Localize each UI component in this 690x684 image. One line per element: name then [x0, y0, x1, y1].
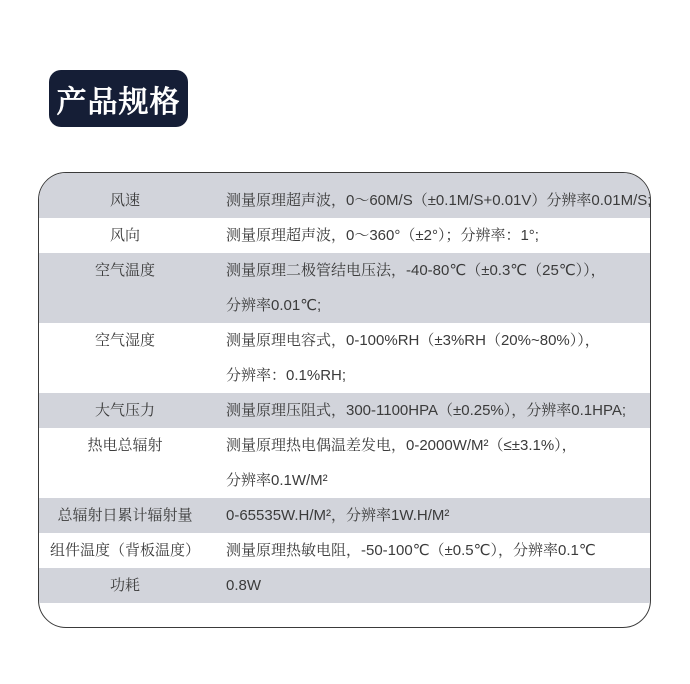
page-title-badge: 产品规格	[49, 70, 188, 127]
spec-label: 总辐射日累计辐射量	[39, 498, 211, 533]
spec-value: 测量原理压阻式，300-1100HPA（±0.25%），分辨率0.1HPA;	[211, 393, 650, 428]
spec-label: 大气压力	[39, 393, 211, 428]
spec-row-air-humidity: 空气湿度 测量原理电容式，0-100%RH（±3%RH（20%~80%））， 分…	[39, 323, 650, 393]
spec-row-power-consumption: 功耗 0.8W	[39, 568, 650, 603]
spec-label: 功耗	[39, 568, 211, 603]
spec-value: 测量原理热敏电阻，-50-100℃（±0.5℃），分辨率0.1℃	[211, 533, 650, 568]
spec-row-air-temperature: 空气温度 测量原理二极管结电压法，-40-80℃（±0.3℃（25℃））， 分辨…	[39, 253, 650, 323]
spec-value: 测量原理超声波，0～60M/S（±0.1M/S+0.01V）分辨率0.01M/S…	[211, 183, 651, 218]
page-title: 产品规格	[57, 77, 181, 121]
spec-label: 风速	[39, 183, 211, 218]
spec-value: 0-65535W.H/M²，分辨率1W.H/M²	[211, 498, 650, 533]
spec-row-thermoelectric-total-radiation: 热电总辐射 测量原理热电偶温差发电，0-2000W/M²（≤±3.1%）， 分辨…	[39, 428, 650, 498]
spec-label: 空气湿度	[39, 323, 211, 358]
spec-table: 风速 测量原理超声波，0～60M/S（±0.1M/S+0.01V）分辨率0.01…	[38, 172, 651, 628]
spec-row-wind-speed: 风速 测量原理超声波，0～60M/S（±0.1M/S+0.01V）分辨率0.01…	[39, 173, 650, 218]
spec-row-daily-cumulative-radiation: 总辐射日累计辐射量 0-65535W.H/M²，分辨率1W.H/M²	[39, 498, 650, 533]
spec-row-wind-direction: 风向 测量原理超声波，0～360°（±2°）；分辨率：1°;	[39, 218, 650, 253]
spec-value: 测量原理电容式，0-100%RH（±3%RH（20%~80%））， 分辨率：0.…	[211, 323, 650, 393]
spec-label: 风向	[39, 218, 211, 253]
spec-value: 测量原理超声波，0～360°（±2°）；分辨率：1°;	[211, 218, 650, 253]
spec-row-air-pressure: 大气压力 测量原理压阻式，300-1100HPA（±0.25%），分辨率0.1H…	[39, 393, 650, 428]
spec-label: 热电总辐射	[39, 428, 211, 463]
spec-value: 测量原理二极管结电压法，-40-80℃（±0.3℃（25℃））， 分辨率0.01…	[211, 253, 650, 323]
spec-value: 测量原理热电偶温差发电，0-2000W/M²（≤±3.1%）， 分辨率0.1W/…	[211, 428, 650, 498]
spec-label: 空气温度	[39, 253, 211, 288]
spec-value: 0.8W	[211, 568, 650, 603]
spec-label: 组件温度（背板温度）	[39, 533, 211, 568]
spec-row-module-temperature: 组件温度（背板温度） 测量原理热敏电阻，-50-100℃（±0.5℃），分辨率0…	[39, 533, 650, 568]
